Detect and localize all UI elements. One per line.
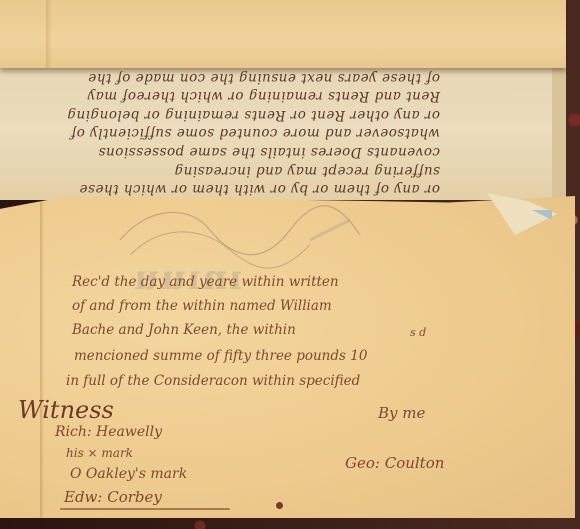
ink-blot	[276, 502, 283, 509]
signature-underline	[60, 508, 230, 510]
witness-mark: his × mark	[66, 446, 133, 460]
witness-signature: Edw: Corbey	[64, 488, 162, 506]
witness-label: Witness	[18, 396, 114, 424]
mirrored-line: Rent and Rents remaining or which thereo…	[87, 88, 440, 104]
receipt-line: Rec'd the day and yeare within written	[72, 274, 339, 290]
folded-top-flap	[0, 0, 566, 68]
receipt-line: in full of the Consideracon within speci…	[66, 373, 360, 389]
receipt-line: mencioned summe of fifty three pounds 10	[74, 348, 367, 364]
paper-crease	[40, 196, 44, 518]
mirrored-line: or any of them or by or with them or whi…	[79, 181, 440, 197]
witness-signature: Rich: Heawelly	[55, 424, 162, 440]
receipt-line: of and from the within named William	[72, 298, 332, 314]
paper-crease	[46, 0, 52, 68]
mirrored-line: covenants Doeres intails the same posses…	[98, 144, 440, 160]
mirrored-line: or any other Rent or Rents remaining or …	[67, 107, 440, 123]
mirrored-reverse-text-band: of these years next ensuing the con made…	[0, 60, 552, 200]
witness-mark: O Oakley's mark	[70, 466, 187, 482]
paper-edge	[552, 60, 566, 210]
mirrored-line: whatsoever and more counted some suffici…	[71, 125, 440, 141]
mirrored-line: of these years next ensuing the con made…	[88, 70, 440, 86]
signatory-name: Geo: Coulton	[345, 454, 444, 472]
by-me-label: By me	[378, 404, 425, 422]
mirrored-line: suffering recept may and increasing	[174, 163, 440, 179]
receipt-line: Bache and John Keen, the within	[72, 322, 296, 338]
marginal-note: s d	[410, 326, 426, 339]
